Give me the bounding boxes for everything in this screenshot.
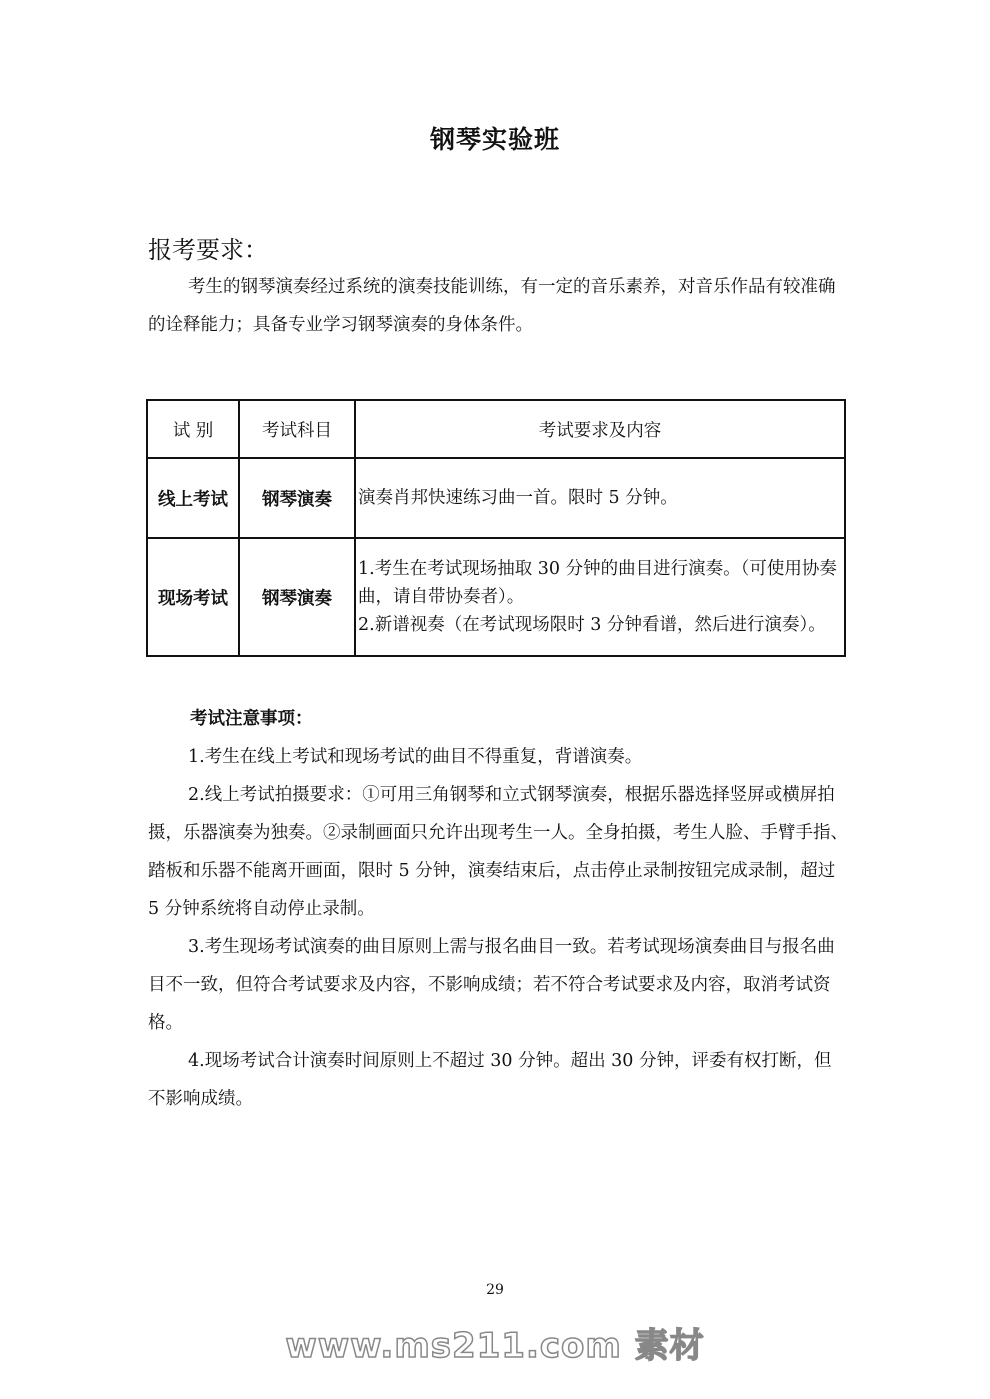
- note-item: 1.考生在线上考试和现场考试的曲目不得重复，背谱演奏。: [148, 738, 848, 776]
- table-row: 线上考试 钢琴演奏 演奏肖邦快速练习曲一首。限时 5 分钟。: [147, 458, 845, 538]
- note-item: 4.现场考试合计演奏时间原则上不超过 30 分钟。超出 30 分钟，评委有权打断…: [148, 1042, 848, 1118]
- content-line: 演奏肖邦快速练习曲一首。限时 5 分钟。: [358, 484, 840, 512]
- document-title: 钢琴实验班: [0, 120, 990, 156]
- cell-subject: 钢琴演奏: [239, 458, 355, 538]
- cell-subject: 钢琴演奏: [239, 538, 355, 656]
- note-item: 2.线上考试拍摄要求：①可用三角钢琴和立式钢琴演奏，根据乐器选择竖屏或横屏拍摄，…: [148, 776, 848, 928]
- cell-exam-type: 线上考试: [147, 458, 239, 538]
- watermark: www.ms211.com 素材: [0, 1318, 990, 1367]
- notes-title: 考试注意事项：: [190, 705, 313, 730]
- header-exam-type: 试 别: [147, 400, 239, 458]
- table-header-row: 试 别 考试科目 考试要求及内容: [147, 400, 845, 458]
- header-subject: 考试科目: [239, 400, 355, 458]
- cell-content: 演奏肖邦快速练习曲一首。限时 5 分钟。: [355, 458, 845, 538]
- cell-exam-type: 现场考试: [147, 538, 239, 656]
- content-line: 2.新谱视奏（在考试现场限时 3 分钟看谱，然后进行演奏）。: [358, 611, 840, 639]
- cell-content: 1.考生在考试现场抽取 30 分钟的曲目进行演奏。（可使用协奏曲，请自带协奏者）…: [355, 538, 845, 656]
- table-row: 现场考试 钢琴演奏 1.考生在考试现场抽取 30 分钟的曲目进行演奏。（可使用协…: [147, 538, 845, 656]
- header-content: 考试要求及内容: [355, 400, 845, 458]
- exam-table: 试 别 考试科目 考试要求及内容 线上考试 钢琴演奏 演奏肖邦快速练习曲一首。限…: [146, 399, 846, 657]
- intro-paragraph: 考生的钢琴演奏经过系统的演奏技能训练，有一定的音乐素养，对音乐作品有较准确的诠释…: [148, 268, 848, 344]
- note-item: 3.考生现场考试演奏的曲目原则上需与报名曲目一致。若考试现场演奏曲目与报名曲目不…: [148, 928, 848, 1042]
- page-number: 29: [0, 1282, 990, 1298]
- content-line: 1.考生在考试现场抽取 30 分钟的曲目进行演奏。（可使用协奏曲，请自带协奏者）…: [358, 555, 840, 611]
- section-heading: 报考要求：: [148, 230, 268, 265]
